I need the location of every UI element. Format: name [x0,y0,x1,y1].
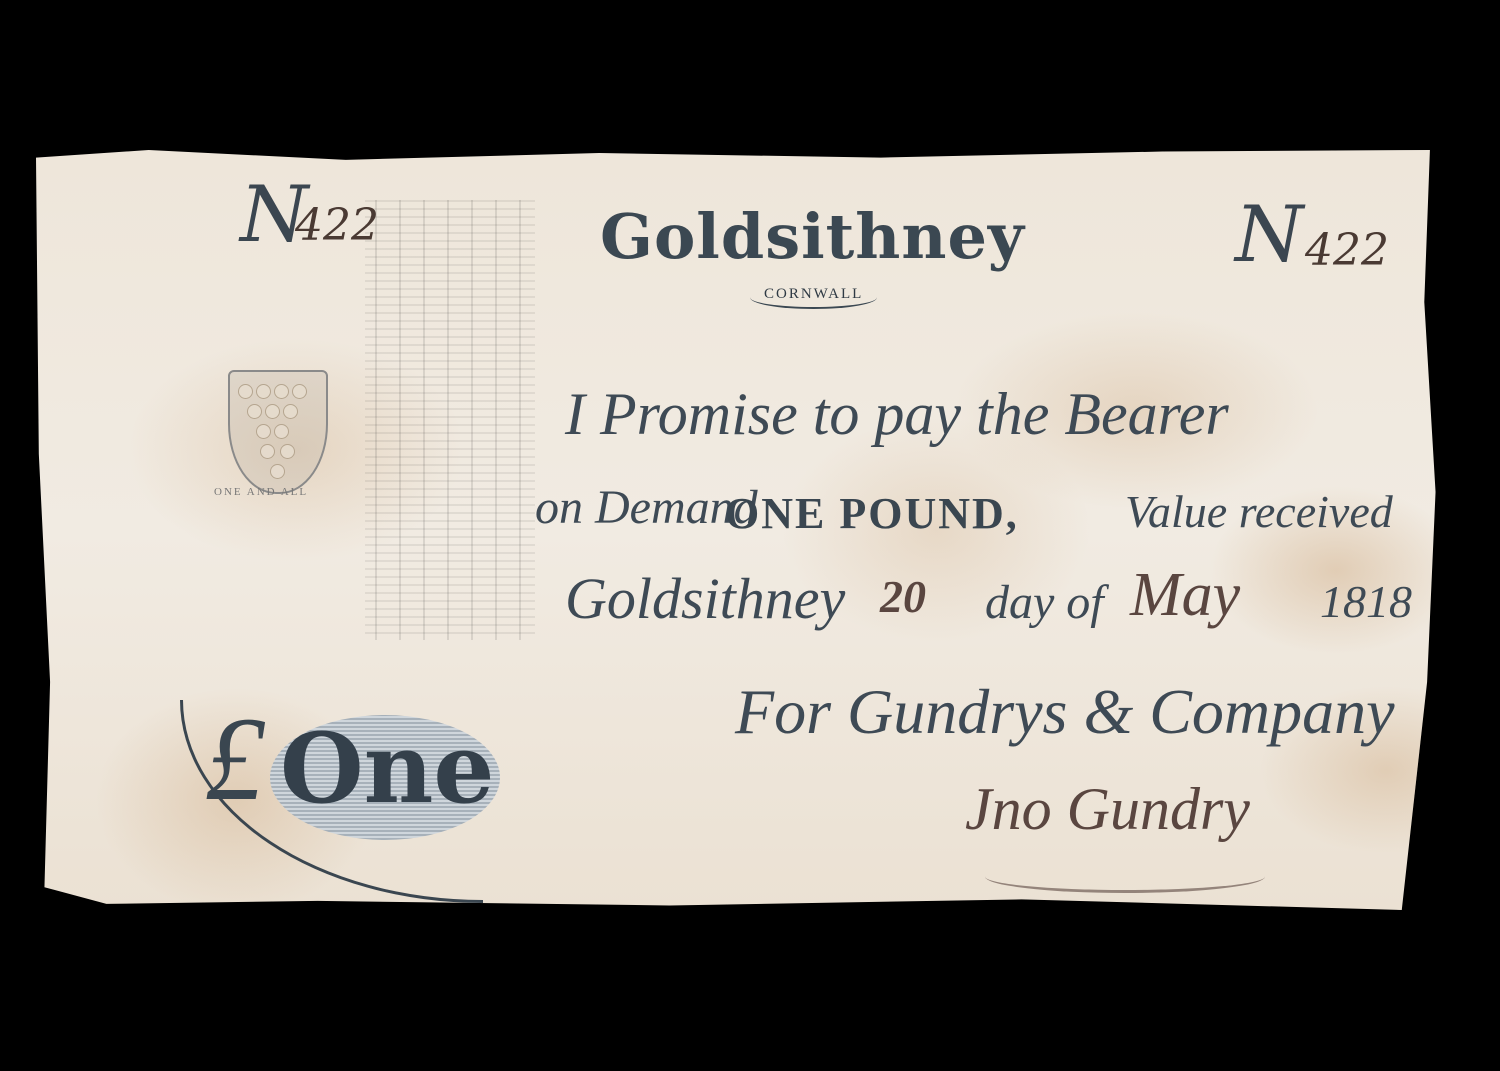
county-label: CORNWALL [750,286,877,309]
bank-name: Goldsithney [600,200,1025,273]
for-company-line: For Gundrys & Company [735,675,1395,749]
pound-sign: £ [205,690,265,828]
serial-number-left: 422 [295,200,379,251]
issue-year: 1818 [1320,575,1412,628]
value-received: Value received [1125,485,1393,538]
issue-month: May [1130,560,1240,631]
promise-line: I Promise to pay the Bearer [565,380,1229,449]
day-of-label: day of [985,575,1104,630]
denomination-text: One [280,712,495,825]
place-line: Goldsithney [565,565,845,632]
serial-number-right: 422 [1305,225,1389,276]
serial-label-right: N [1235,190,1303,280]
amount: ONE POUND, [725,488,1019,539]
issue-day: 20 [880,570,926,623]
cancellation-stamp [365,200,535,640]
signature-flourish [985,860,1265,893]
motto: ONE AND ALL [214,486,308,498]
signature: Jno Gundry [965,775,1250,844]
